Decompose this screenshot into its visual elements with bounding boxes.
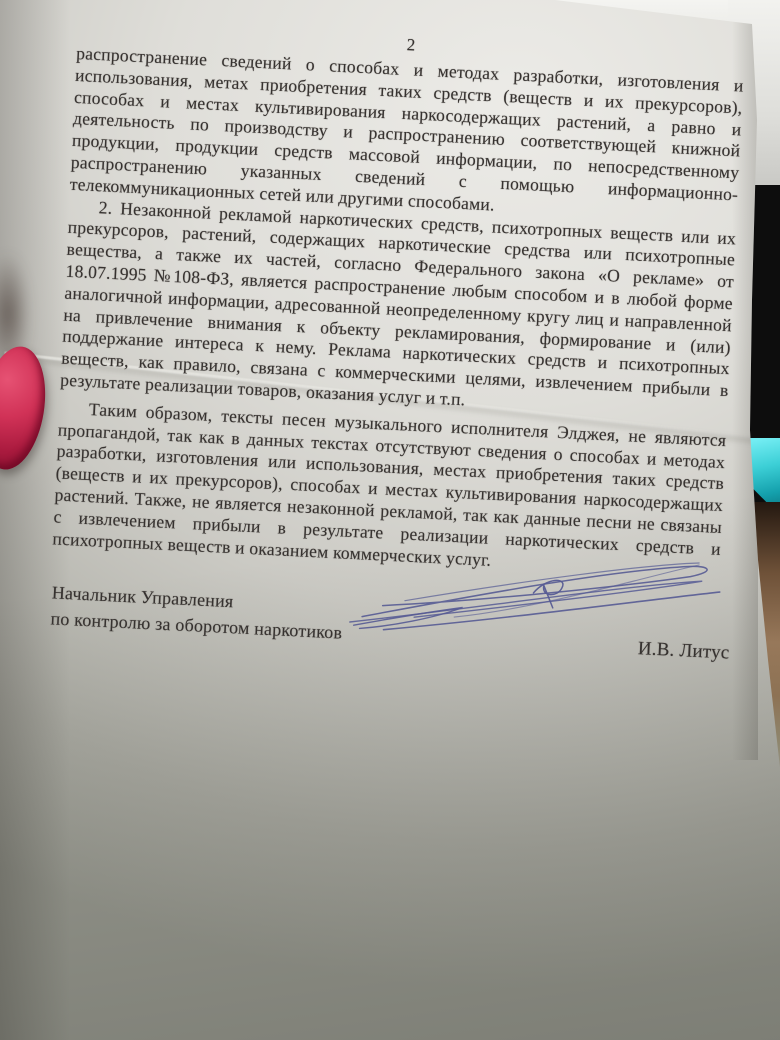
page-content: 2 распространение сведений о способах и … <box>43 18 745 762</box>
signature-autograph <box>343 538 727 651</box>
photo-of-document: 2 распространение сведений о способах и … <box>0 0 780 1040</box>
signer-name: И.В. Литус <box>637 638 730 664</box>
document-page: 2 распространение сведений о способах и … <box>0 0 780 1040</box>
signature-block: Начальник Управления по контролю за обор… <box>45 580 718 762</box>
paragraph-advertising-definition: 2. Незаконной рекламой наркотических сре… <box>60 195 737 424</box>
